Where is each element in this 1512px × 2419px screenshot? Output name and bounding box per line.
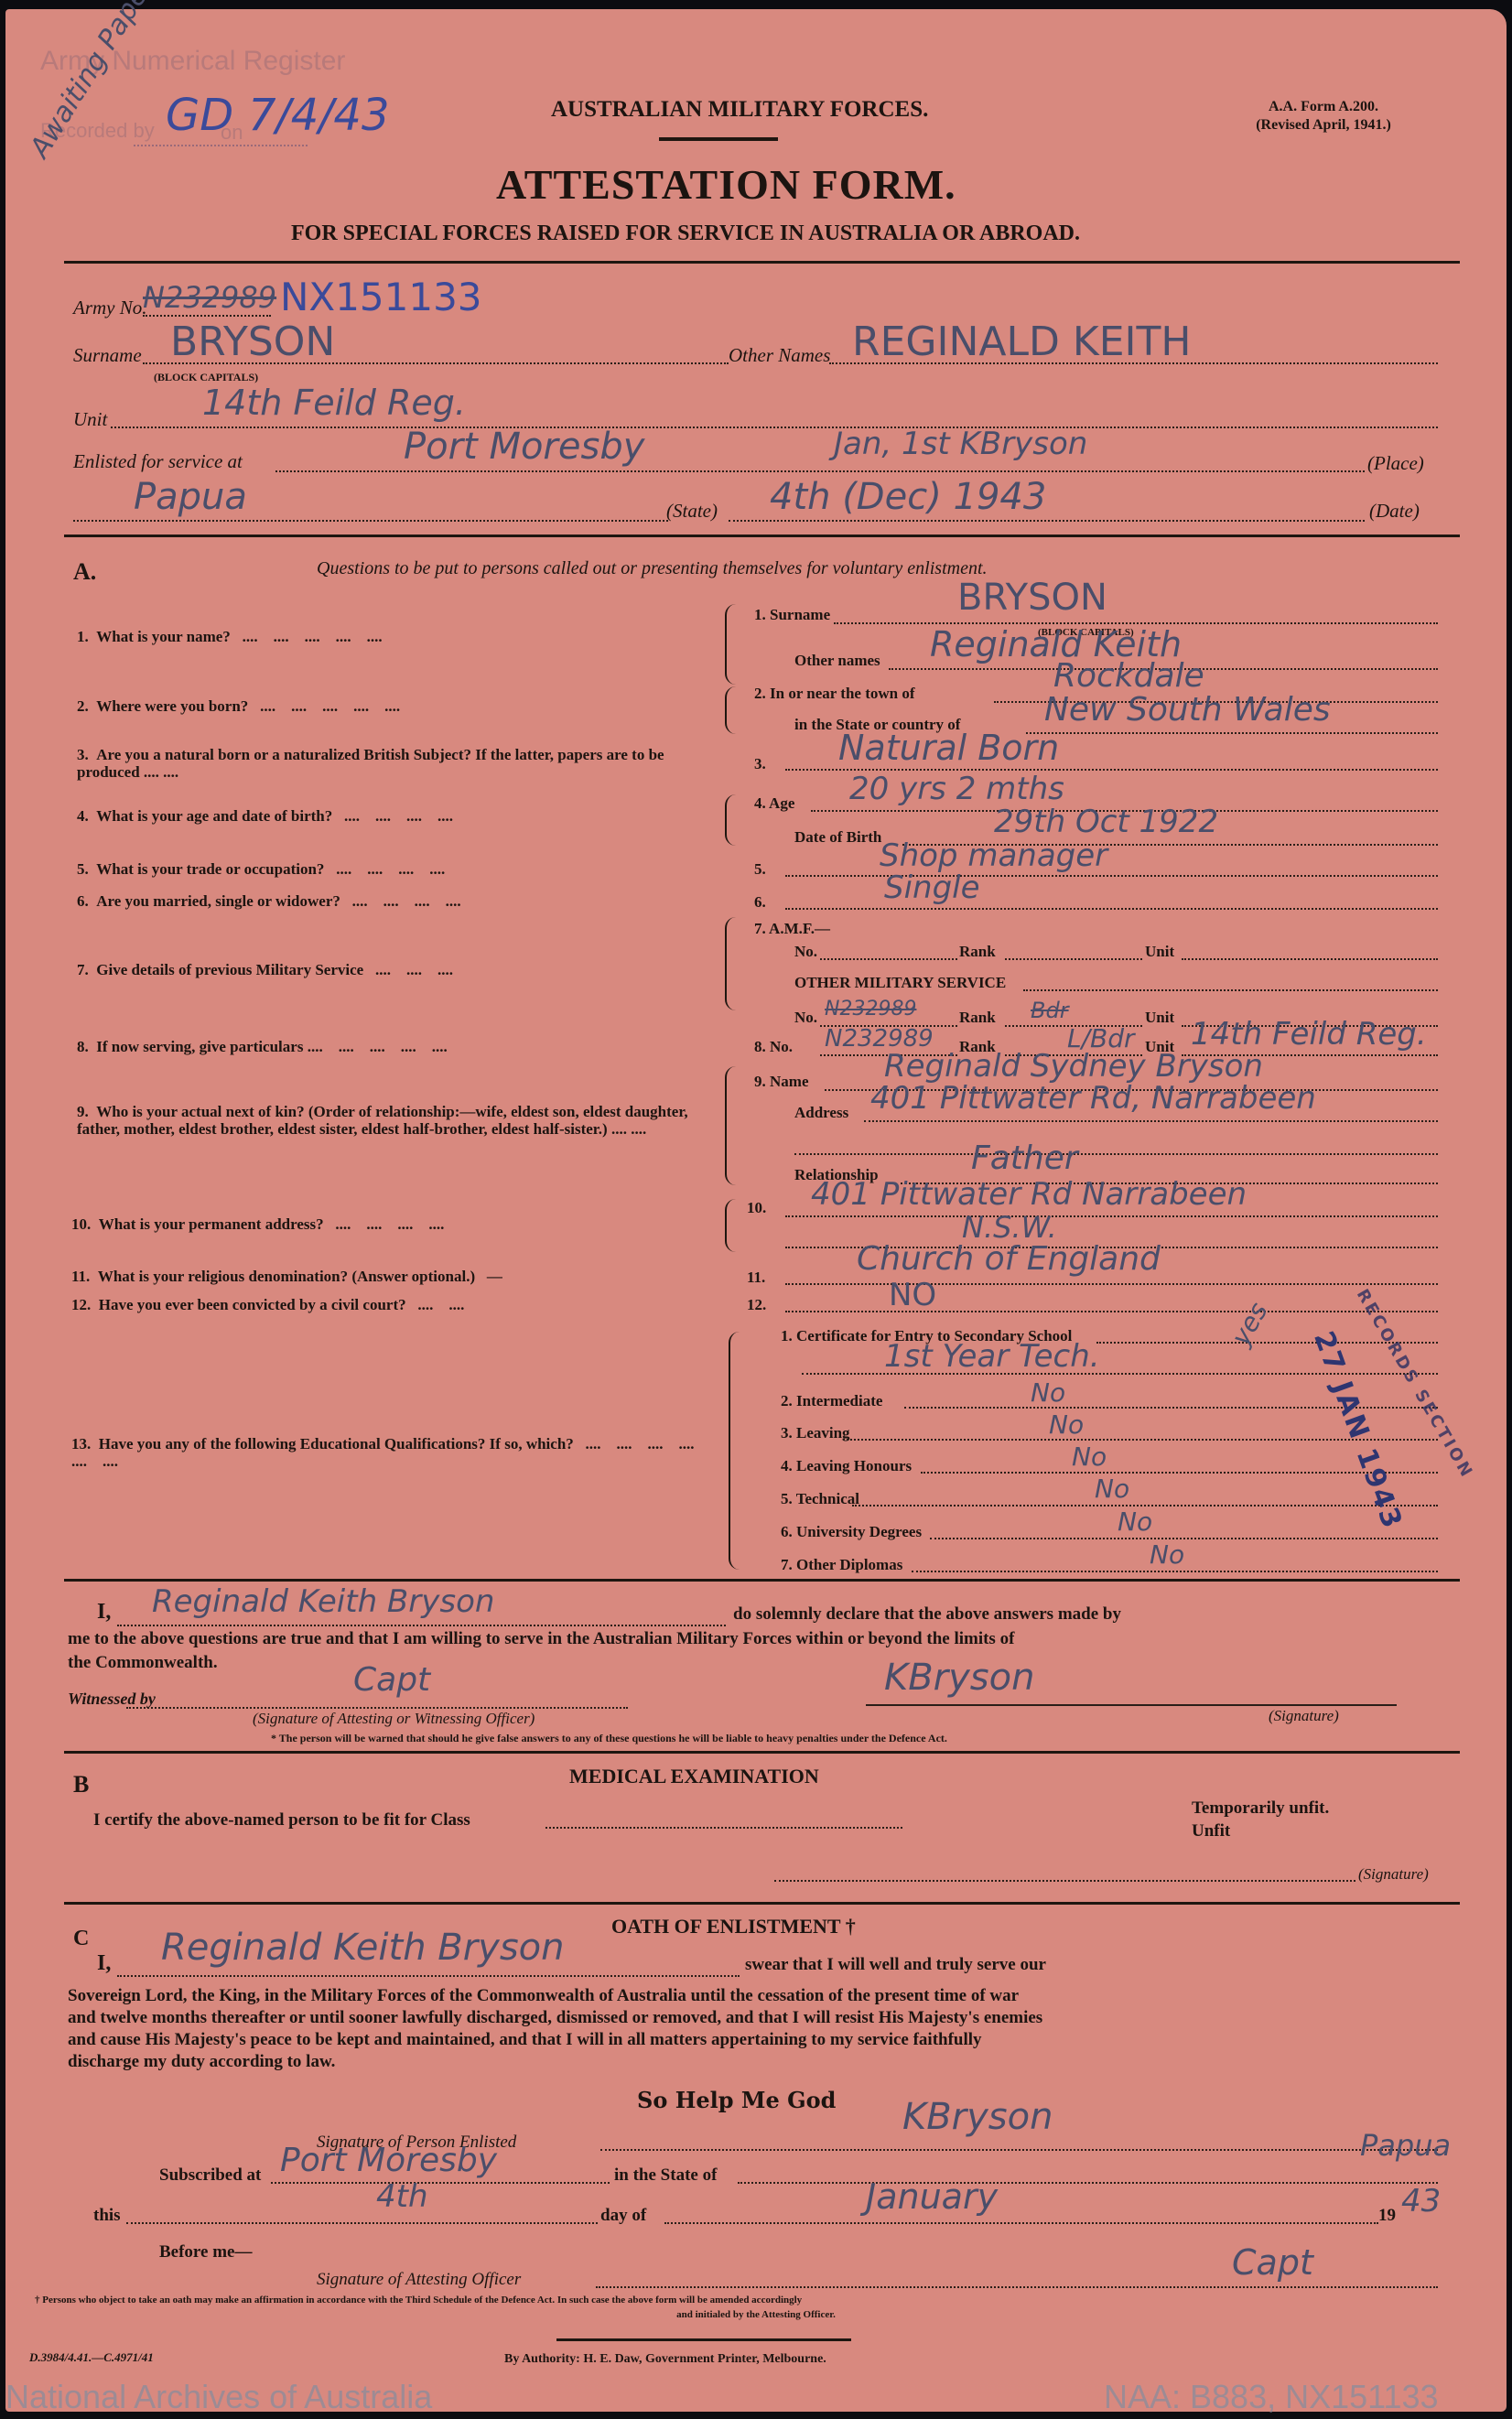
recorded-by-initials: GD [166, 90, 233, 141]
recorded-by-line [134, 145, 308, 146]
a10-line-1 [785, 1215, 1438, 1217]
question-1: 1. What is your name? .... .... .... ...… [77, 628, 383, 646]
edu-7-value: No [1150, 1539, 1184, 1570]
a9-name-value: Reginald Sydney Bryson [884, 1048, 1263, 1085]
oath-name-line [117, 1975, 740, 1977]
fit-for-class-line [545, 1827, 902, 1829]
section-b-heading: MEDICAL EXAMINATION [569, 1765, 819, 1788]
edu-6-value: No [1118, 1506, 1152, 1537]
a1-surname-label: 1. Surname [754, 606, 830, 624]
oath-line-3: and cause His Majesty's peace to be kept… [68, 2030, 982, 2050]
oath-line-2: and twelve months thereafter or until so… [68, 2008, 1042, 2028]
a7-other-unit-label: Unit [1145, 1009, 1174, 1027]
section-a-heading: Questions to be put to persons called ou… [317, 558, 988, 579]
place-label: (Place) [1367, 452, 1424, 475]
witness-signature: Capt [353, 1661, 430, 1699]
day-line [126, 2222, 598, 2224]
question-7: 7. Give details of previous Military Ser… [77, 961, 453, 979]
recorded-date: 7/4/43 [248, 90, 390, 141]
a6-label: 6. [754, 893, 766, 912]
declaration-text-1: do solemnly declare that the above answe… [733, 1604, 1121, 1625]
question-9: 9. Who is your actual next of kin? (Orde… [77, 1103, 708, 1138]
edu-3-label: 3. Leaving [781, 1424, 850, 1442]
a10-label: 10. [747, 1199, 766, 1217]
edu-5-value: No [1095, 1474, 1129, 1504]
form-subtitle: FOR SPECIAL FORCES RAISED FOR SERVICE IN… [291, 221, 1080, 246]
army-no-label: Army No. [73, 297, 147, 319]
question-5: 5. What is your trade or occupation? ...… [77, 860, 445, 879]
state-label: (State) [666, 500, 718, 523]
year-prefix: 19 [1378, 2206, 1396, 2226]
oath-swear-text: swear that I will well and truly serve o… [745, 1955, 1046, 1975]
question-13: 13. Have you any of the following Educat… [71, 1435, 712, 1470]
form-title: ATTESTATION FORM. [496, 160, 956, 209]
a5-label: 5. [754, 860, 766, 879]
so-help-me-god: So Help Me God [637, 2087, 836, 2113]
declaration-text-2: me to the above questions are true and t… [68, 1629, 1014, 1649]
date-value: 4th (Dec) 1943 [770, 476, 1046, 518]
a12-label: 12. [747, 1296, 766, 1314]
section-b-top-rule [64, 1751, 1460, 1754]
signature-caption: (Signature) [1269, 1707, 1339, 1725]
day-of-label: day of [600, 2206, 646, 2226]
brace-7 [725, 917, 736, 1010]
org-title: AUSTRALIAN MILITARY FORCES. [551, 97, 928, 123]
sig-enlisted-value: KBryson [902, 2096, 1053, 2138]
declaration-i: I, [97, 1600, 111, 1625]
surname-value: BRYSON [170, 319, 335, 365]
unit-value: 14th Feild Reg. [202, 383, 466, 423]
other-names-value: REGINALD KEITH [852, 319, 1191, 365]
printer-authority: By Authority: H. E. Daw, Government Prin… [504, 2352, 826, 2367]
sig-officer-value: Capt [1232, 2242, 1313, 2283]
signature-value: KBryson [884, 1657, 1034, 1699]
edu-1b-value: 1st Year Tech. [884, 1338, 1100, 1375]
date-line [729, 520, 1365, 522]
a7-rank-line [1005, 958, 1142, 960]
question-11: 11. What is your religious denomination?… [71, 1268, 502, 1286]
edu-7-line [912, 1571, 1438, 1572]
watermark-archive: National Archives of Australia [5, 2378, 432, 2416]
a7-amf-label: 7. A.M.F.— [754, 920, 830, 938]
medical-signature-line [774, 1880, 1355, 1882]
day-value: 4th [376, 2178, 428, 2215]
a9-address-line [864, 1120, 1438, 1122]
header-rule [64, 261, 1460, 264]
edu-2-label: 2. Intermediate [781, 1392, 882, 1410]
watermark-reference: NAA: B883, NX151133 [1104, 2378, 1439, 2416]
brace-9 [725, 1066, 736, 1185]
unit-label: Unit [73, 408, 107, 431]
state-of-value: Papua [1360, 2128, 1451, 2163]
unit-line [111, 427, 1438, 428]
a9-relationship-value: Father [971, 1139, 1078, 1177]
a2-town-label: 2. In or near the town of [754, 685, 915, 703]
a9-address-value: 401 Pittwater Rd, Narrabeen [870, 1080, 1316, 1117]
subscribed-at-value: Port Moresby [280, 2142, 497, 2179]
a12-value: NO [889, 1277, 936, 1313]
a2-state-value: New South Wales [1044, 691, 1331, 729]
a7-rank-label: Rank [959, 943, 996, 961]
enlisted-place-extra: Jan, 1st KBryson [834, 426, 1087, 462]
section-c-heading: OATH OF ENLISTMENT † [611, 1915, 856, 1938]
attestation-form-page: Army Numerical Register Recorded by on G… [5, 9, 1507, 2412]
state-of-line [738, 2182, 1438, 2184]
state-value: Papua [134, 476, 247, 518]
state-of-label: in the State of [614, 2165, 717, 2186]
edu-7-label: 7. Other Diplomas [781, 1556, 902, 1574]
temporarily-unfit: Temporarily unfit. [1192, 1798, 1329, 1819]
a8-no-label: 8. No. [754, 1038, 793, 1056]
a7-unit-label: Unit [1145, 943, 1174, 961]
this-label: this [93, 2206, 121, 2226]
enlisted-place-value: Port Moresby [404, 426, 644, 468]
edu-6-label: 6. University Degrees [781, 1523, 922, 1541]
section-a-top-rule [64, 535, 1460, 537]
declaration-text-3: the Commonwealth. [68, 1653, 218, 1673]
a3-label: 3. [754, 755, 766, 773]
witnessed-by-label: Witnessed by [68, 1690, 156, 1709]
a9-address-label: Address [794, 1104, 848, 1122]
a9-address-line-2 [794, 1153, 1438, 1155]
a4-dob-label: Date of Birth [794, 828, 881, 847]
date-label: (Date) [1369, 500, 1420, 523]
fit-for-class-label: I certify the above-named person to be f… [93, 1810, 470, 1830]
declaration-top-rule [64, 1579, 1460, 1582]
a7-unit-line [1182, 958, 1438, 960]
a6-line [785, 908, 1438, 910]
year-value: 43 [1401, 2183, 1441, 2219]
section-a-letter: A. [73, 558, 96, 586]
section-c-letter: C [73, 1927, 89, 1951]
a7-no-line [820, 958, 957, 960]
question-6: 6. Are you married, single or widower? .… [77, 892, 461, 911]
a6-value: Single [884, 869, 980, 906]
question-10: 10. What is your permanent address? ....… [71, 1215, 444, 1234]
army-no-new-value: NX151133 [280, 275, 482, 319]
army-no-line [143, 315, 271, 317]
title-underline [659, 137, 778, 141]
oath-footnote-1: † Persons who object to take an oath may… [35, 2295, 802, 2306]
surname-label: Surname [73, 344, 142, 367]
a1-surname-value: BRYSON [957, 577, 1107, 619]
section-c-top-rule [64, 1902, 1460, 1905]
subscribed-at-line [271, 2182, 610, 2184]
edu-5-label: 5. Technical [781, 1490, 859, 1508]
a5-line [785, 875, 1438, 877]
state-line [73, 520, 668, 522]
print-code: D.3984/4.41.—C.4971/41 [29, 2350, 154, 2365]
enlisted-label: Enlisted for service at [73, 450, 243, 473]
sig-officer-label: Signature of Attesting Officer [317, 2270, 521, 2290]
a9-name-label: 9. Name [754, 1073, 808, 1091]
month-line [664, 2222, 1378, 2224]
a4-dob-value: 29th Oct 1922 [994, 804, 1218, 840]
section-b-letter: B [73, 1771, 89, 1798]
edu-4-label: 4. Leaving Honours [781, 1457, 912, 1475]
a7-other-service-label: OTHER MILITARY SERVICE [794, 974, 1006, 992]
question-3: 3. Are you a natural born or a naturaliz… [77, 746, 708, 781]
a5-value: Shop manager [880, 837, 1107, 874]
month-value: January [866, 2176, 998, 2217]
question-4: 4. What is your age and date of birth? .… [77, 807, 453, 826]
witness-caption: (Signature of Attesting or Witnessing Of… [253, 1710, 535, 1728]
question-8: 8. If now serving, give particulars ....… [77, 1038, 448, 1056]
question-12: 12. Have you ever been convicted by a ci… [71, 1296, 464, 1314]
a7-other-service-line [1023, 989, 1438, 991]
before-me-label: Before me— [159, 2242, 252, 2262]
authority-rule [556, 2338, 851, 2341]
a11-label: 11. [747, 1269, 765, 1287]
oath-line-1: Sovereign Lord, the King, in the Militar… [68, 1986, 1019, 2006]
a4-age-label: 4. Age [754, 794, 794, 813]
edu-3-value: No [1049, 1409, 1084, 1440]
oath-i: I, [97, 1951, 111, 1976]
enlisted-place-line [275, 470, 1365, 472]
a2-town-value: Rockdale [1053, 657, 1204, 695]
a8-unit-value: 14th Feild Reg. [1191, 1016, 1427, 1053]
sig-enlisted-line [600, 2149, 1438, 2151]
form-number: A.A. Form A.200. [1232, 99, 1415, 115]
oath-footnote-2: and initialed by the Attesting Officer. [207, 2309, 1305, 2320]
a2-state-line [1026, 732, 1438, 734]
edu-4-value: No [1072, 1442, 1107, 1472]
brace-4 [725, 794, 736, 846]
declaration-name-value: Reginald Keith Bryson [152, 1583, 494, 1620]
brace-13 [729, 1332, 740, 1570]
a11-line [785, 1283, 1438, 1285]
a7-other-no-value: N232989 [825, 998, 916, 1021]
form-revision: (Revised April, 1941.) [1232, 117, 1415, 134]
subscribed-at-label: Subscribed at [159, 2165, 261, 2186]
oath-name-value: Reginald Keith Bryson [161, 1927, 565, 1969]
a7-other-rank-label: Rank [959, 1009, 996, 1027]
question-2: 2. Where were you born? .... .... .... .… [77, 697, 400, 716]
sig-officer-line [596, 2286, 1438, 2288]
army-no-value: N232989 [143, 280, 276, 315]
a4-age-value: 20 yrs 2 mths [849, 771, 1064, 807]
witnessed-by-line [126, 1707, 628, 1709]
a12-line [785, 1311, 1438, 1312]
a10-value-line1: 401 Pittwater Rd Narrabeen [811, 1176, 1247, 1213]
a3-value: Natural Born [838, 728, 1059, 768]
a11-value: Church of England [857, 1240, 1161, 1278]
oath-line-4: discharge my duty according to law. [68, 2052, 335, 2072]
other-names-label: Other Names [729, 344, 830, 367]
a7-other-rank-value: Bdr [1031, 998, 1069, 1023]
brace-10 [725, 1199, 736, 1252]
false-answers-warning: * The person will be warned that should … [271, 1732, 947, 1745]
unfit: Unfit [1192, 1821, 1230, 1841]
edu-2-value: No [1031, 1377, 1065, 1408]
medical-signature-caption: (Signature) [1358, 1865, 1429, 1884]
a1-other-label: Other names [794, 652, 880, 670]
signature-line [866, 1704, 1397, 1706]
a7-other-no-label: No. [794, 1009, 817, 1027]
brace-2 [725, 686, 736, 734]
a7-no-label: No. [794, 943, 817, 961]
declaration-name-line [117, 1625, 726, 1626]
brace-1 [725, 604, 736, 685]
